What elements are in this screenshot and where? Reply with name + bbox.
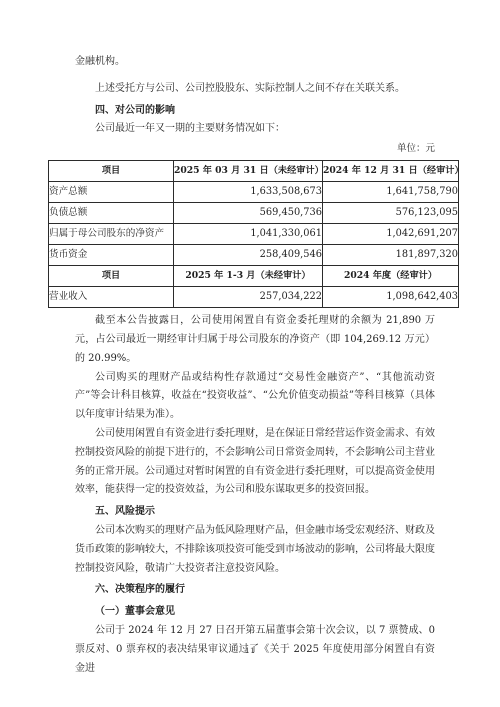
paragraph-continuation: 金融机构。 — [75, 53, 435, 72]
table-cell-item: 营业收入 — [49, 287, 174, 308]
table-cell-value: 1,098,642,403 — [323, 287, 459, 308]
section4-heading: 四、对公司的影响 — [75, 102, 435, 121]
section6-heading: 六、决策程序的履行 — [75, 581, 435, 600]
paragraph-accounting-treatment: 公司购买的理财产品或结构性存款通过“交易性金融资产”、“其他流动资产”等会计科目… — [75, 369, 435, 425]
table-cell-value: 576,123,095 — [323, 203, 459, 224]
table-cell-value: 181,897,320 — [323, 245, 459, 266]
document-content: 金融机构。 上述受托方与公司、公司控股股东、实际控制人之间不存在关联关系。 四、… — [0, 0, 500, 678]
table-header-period-2: 2024 年度（经审计） — [323, 266, 459, 287]
table-row-total-assets: 资产总额 1,633,508,673 1,641,758,790 — [49, 182, 459, 203]
table-row-net-assets: 归属于母公司股东的净资产 1,041,330,061 1,042,691,207 — [49, 224, 459, 245]
table-cell-value: 258,409,546 — [174, 245, 323, 266]
table-cell-value: 1,041,330,061 — [174, 224, 323, 245]
table-cell-value: 569,450,736 — [174, 203, 323, 224]
table-cell-value: 257,034,222 — [174, 287, 323, 308]
paragraph-balance-disclosure: 截至本公告披露日，公司使用闲置自有资金委托理财的余额为 21,890 万元，占公… — [75, 312, 435, 368]
section4-body: 截至本公告披露日，公司使用闲置自有资金委托理财的余额为 21,890 万元，占公… — [75, 312, 435, 500]
financial-table: 项目 2025 年 03 月 31 日（未经审计） 2024 年 12 月 31… — [48, 160, 459, 308]
table-header-row-income: 项目 2025 年 1-3 月（未经审计） 2024 年度（经审计） — [49, 266, 459, 287]
table-row-cash: 货币资金 258,409,546 181,897,320 — [49, 245, 459, 266]
table-cell-item: 归属于母公司股东的净资产 — [49, 224, 174, 245]
section6-sub1-heading: （一）董事会意见 — [75, 603, 435, 622]
table-row-revenue: 营业收入 257,034,222 1,098,642,403 — [49, 287, 459, 308]
table-header-date-2: 2024 年 12 月 31 日（经审计） — [323, 161, 459, 182]
table-header-row-balance: 项目 2025 年 03 月 31 日（未经审计） 2024 年 12 月 31… — [49, 161, 459, 182]
table-cell-value: 1,641,758,790 — [323, 182, 459, 203]
table-cell-item: 资产总额 — [49, 182, 174, 203]
table-header-date-1: 2025 年 03 月 31 日（未经审计） — [174, 161, 323, 182]
unit-label: 单位：元 — [75, 142, 435, 156]
section4-lead: 公司最近一年又一期的主要财务情况如下： — [75, 120, 435, 139]
page-number: 11 — [0, 646, 500, 655]
table-header-item: 项目 — [49, 161, 174, 182]
document-page: 金融机构。 上述受托方与公司、公司控股股东、实际控制人之间不存在关联关系。 四、… — [0, 0, 500, 707]
paragraph-risk-warning: 公司本次购买的理财产品为低风险理财产品，但金融市场受宏观经济、财政及货币政策的影… — [75, 522, 435, 578]
paragraph-related-party: 上述受托方与公司、公司控股股东、实际控制人之间不存在关联关系。 — [75, 80, 435, 99]
table-header-period-1: 2025 年 1-3 月（未经审计） — [174, 266, 323, 287]
table-row-total-liabilities: 负债总额 569,450,736 576,123,095 — [49, 203, 459, 224]
table-cell-value: 1,042,691,207 — [323, 224, 459, 245]
table-cell-item: 货币资金 — [49, 245, 174, 266]
table-header-item: 项目 — [49, 266, 174, 287]
table-cell-item: 负债总额 — [49, 203, 174, 224]
table-cell-value: 1,633,508,673 — [174, 182, 323, 203]
section5-heading: 五、风险提示 — [75, 503, 435, 522]
paragraph-impact-statement: 公司使用闲置自有资金进行委托理财，是在保证日常经营运作资金需求、有效控制投资风险… — [75, 425, 435, 500]
